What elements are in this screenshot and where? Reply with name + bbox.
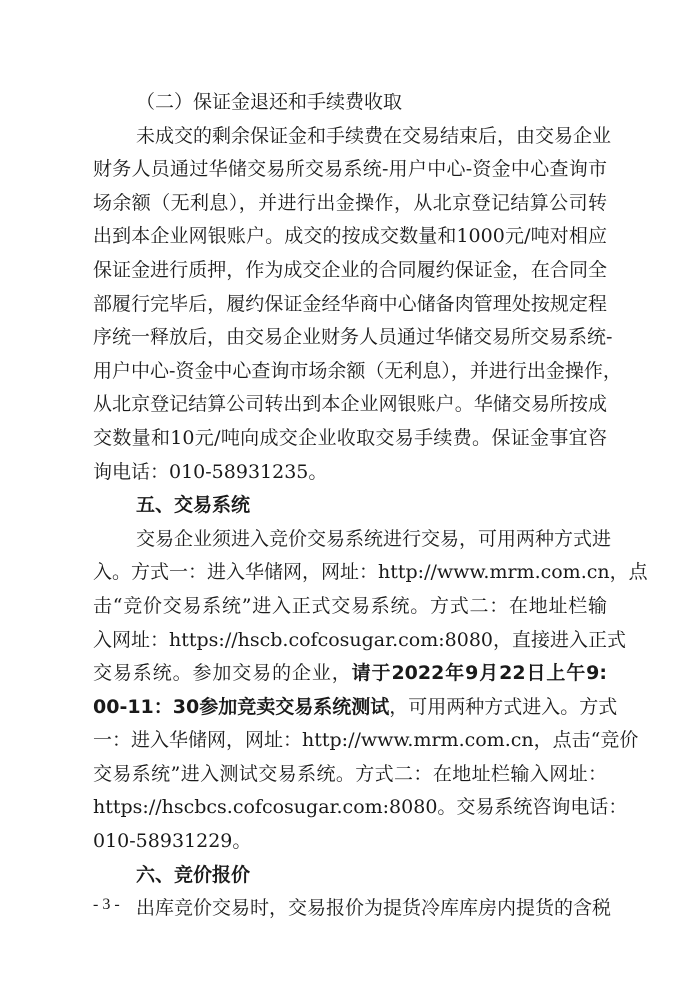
- paragraph-line: https://hscbcs.cofcosugar.com:8080。交易系统咨…: [93, 791, 607, 825]
- paragraph-text: 交易系统。参加交易的企业，: [93, 662, 352, 684]
- emphasized-test-schedule: 请于2022年9月22日上午9:: [352, 662, 607, 684]
- page-number: - 3 -: [93, 896, 120, 914]
- paragraph-line: 交易系统。参加交易的企业，请于2022年9月22日上午9:: [93, 657, 607, 691]
- paragraph-line: 场余额（无利息），并进行出金操作，从北京登记结算公司转: [93, 187, 607, 221]
- subsection-heading-deposit-refund: （二）保证金退还和手续费收取: [93, 86, 607, 120]
- paragraph-line: 保证金进行质押，作为成交企业的合同履约保证金，在合同全: [93, 254, 607, 288]
- paragraph-line: 交易企业须进入竞价交易系统进行交易，可用两种方式进: [93, 523, 607, 557]
- paragraph-line: 010-58931229。: [93, 825, 607, 859]
- paragraph-line: 交易系统”进入测试交易系统。方式二：在地址栏输入网址：: [93, 758, 607, 792]
- paragraph-line: 序统一释放后，由交易企业财务人员通过华储交易所交易系统-: [93, 321, 607, 355]
- paragraph-line: 用户中心-资金中心查询市场余额（无利息），并进行出金操作，: [93, 355, 607, 389]
- document-body: （二）保证金退还和手续费收取 未成交的剩余保证金和手续费在交易结束后，由交易企业…: [93, 86, 607, 926]
- paragraph-line: 从北京登记结算公司转出到本企业网银账户。华储交易所按成: [93, 388, 607, 422]
- paragraph-line: 击“竞价交易系统”进入正式交易系统。方式二：在地址栏输: [93, 590, 607, 624]
- paragraph-line: 财务人员通过华储交易所交易系统-用户中心-资金中心查询市: [93, 153, 607, 187]
- section-heading-trading-system: 五、交易系统: [93, 489, 607, 523]
- paragraph-line: 00-11：30参加竞卖交易系统测试，可用两种方式进入。方式: [93, 691, 607, 725]
- paragraph-line: 入。方式一：进入华储网，网址：http://www.mrm.com.cn，点: [93, 556, 607, 590]
- paragraph-line: 未成交的剩余保证金和手续费在交易结束后，由交易企业: [93, 120, 607, 154]
- paragraph-line: 部履行完毕后，履约保证金经华商中心储备肉管理处按规定程: [93, 288, 607, 322]
- paragraph-line: 出库竞价交易时，交易报价为提货冷库库房内提货的含税: [93, 892, 607, 926]
- paragraph-line: 入网址：https://hscb.cofcosugar.com:8080，直接进…: [93, 624, 607, 658]
- paragraph-text: ，可用两种方式进入。方式: [389, 696, 617, 718]
- paragraph-line: 出到本企业网银账户。成交的按成交数量和1000元/吨对相应: [93, 220, 607, 254]
- paragraph-line: 交数量和10元/吨向成交企业收取交易手续费。保证金事宜咨: [93, 422, 607, 456]
- section-heading-bidding-quote: 六、竞价报价: [93, 859, 607, 893]
- emphasized-test-schedule: 00-11：30参加竞卖交易系统测试: [93, 696, 389, 718]
- paragraph-line: 询电话：010-58931235。: [93, 456, 607, 490]
- paragraph-line: 一：进入华储网，网址：http://www.mrm.com.cn，点击“竞价: [93, 724, 607, 758]
- document-page: （二）保证金退还和手续费收取 未成交的剩余保证金和手续费在交易结束后，由交易企业…: [0, 0, 700, 989]
